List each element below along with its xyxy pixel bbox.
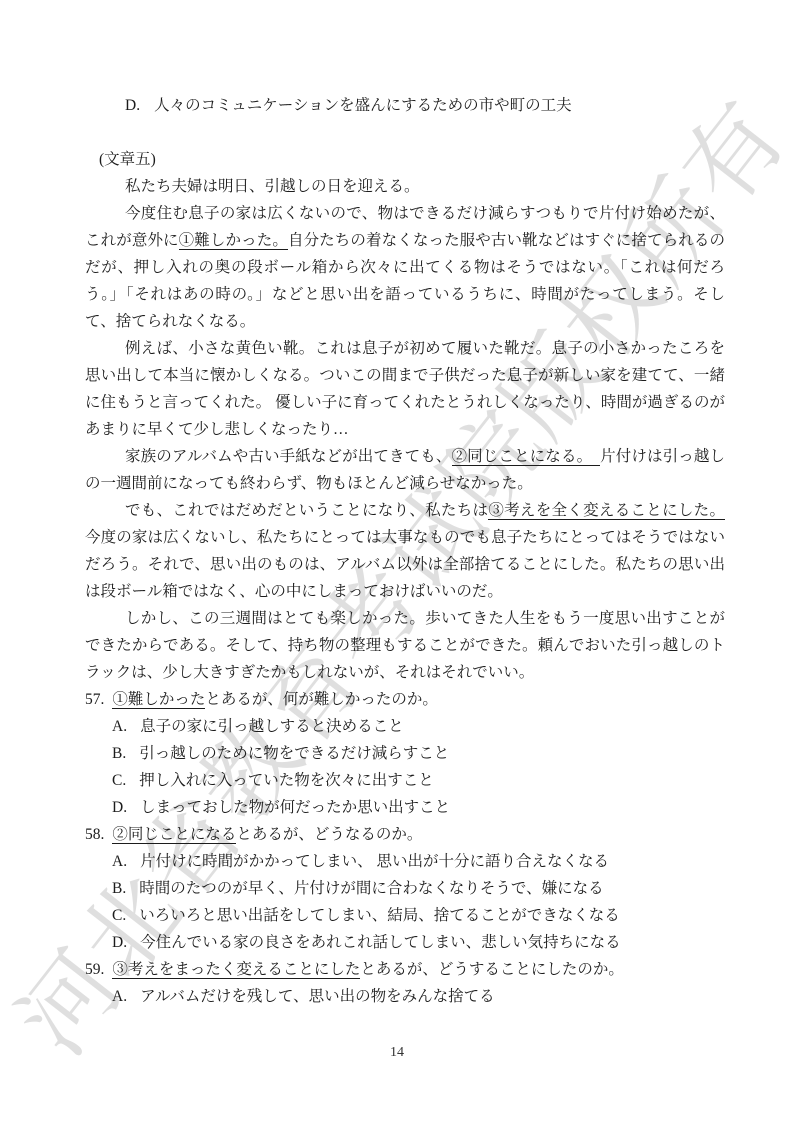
question-block: 58.②同じことになるとあるが、どうなるのか。A.片付けに時間がかかってしまい、… <box>85 821 725 956</box>
underlined-phrase: ①難しかった <box>112 691 205 709</box>
option-label: A. <box>112 718 127 735</box>
passage-title: (文章五) <box>85 146 725 173</box>
questions: 57.①難しかったとあるが、何が難しかったのか。A.息子の家に引っ越しすると決め… <box>85 686 725 1010</box>
passage-text: とあるが、どうすることにしたのか。 <box>360 961 624 978</box>
underlined-phrase: ②同じことになる。 <box>452 448 601 466</box>
underlined-phrase: ③考えを全く変えることにした。 <box>488 502 725 520</box>
passage-paragraph: 私たち夫婦は明日、引越しの日を迎える。 <box>85 173 725 200</box>
question-stem: 58.②同じことになるとあるが、どうなるのか。 <box>85 821 725 848</box>
option-text: 今住んでいる家の良さをあれこれ話してしまい、悲しい気持ちになる <box>140 934 621 951</box>
page-content: D.人々のコミュニケーションを盛んにするための市や町の工夫 (文章五) 私たち夫… <box>85 92 725 1010</box>
passage-text: 例えば、小さな黄色い靴。これは息子が初めて履いた靴だ。息子の小さかったころを思い… <box>85 340 725 438</box>
answer-option: C.いろいろと思い出話をしてしまい、結局、捨てることができなくなる <box>85 902 725 929</box>
answer-option: B.引っ越しのために物をできるだけ減らすこと <box>85 740 725 767</box>
answer-option: B.時間のたつのが早く、片付けが間に合わなくなりそうで、嫌になる <box>85 875 725 902</box>
option-text: アルバムだけを残して、思い出の物をみんな捨てる <box>140 988 495 1005</box>
option-text: 引っ越しのために物をできるだけ減らすこと <box>139 745 449 762</box>
passage-paragraph: 今度住む息子の家は広くないので、物はできるだけ減らすつもりで片付け始めたが、これ… <box>85 200 725 335</box>
passage-text: 今度の家は広くないし、私たちにとっては大事なものでも息子たちにとってはそうではな… <box>85 529 725 600</box>
option-text: 人々のコミュニケーションを盛んにするための市や町の工夫 <box>154 97 572 114</box>
page-number: 14 <box>0 1045 794 1061</box>
answer-option: A.息子の家に引っ越しすると決めること <box>85 713 725 740</box>
option-label: B. <box>112 880 126 897</box>
option-text: 片付けに時間がかかってしまい、 思い出が十分に語り合えなくなる <box>140 853 609 870</box>
answer-option: D.しまっておした物が何だったか思い出すこと <box>85 794 725 821</box>
passage-paragraph: 家族のアルバムや古い手紙などが出てきても、②同じことになる。 片付けは引っ越しの… <box>85 443 725 497</box>
underlined-phrase: ①難しかった。 <box>179 232 288 250</box>
question-number: 57. <box>85 691 104 708</box>
passage-paragraph: 例えば、小さな黄色い靴。これは息子が初めて履いた靴だ。息子の小さかったころを思い… <box>85 335 725 443</box>
option-label: D. <box>112 934 127 951</box>
option-text: 時間のたつのが早く、片付けが間に合わなくなりそうで、嫌になる <box>139 880 603 897</box>
passage-paragraph: でも、これではだめだということになり、私たちは③考えを全く変えることにした。今度… <box>85 497 725 605</box>
option-label: C. <box>112 772 126 789</box>
option-label: B. <box>112 745 126 762</box>
option-text: いろいろと思い出話をしてしまい、結局、捨てることができなくなる <box>139 907 620 924</box>
passage-paragraph: しかし、この三週間はとても楽しかった。歩いてきた人生をもう一度思い出すことができ… <box>85 605 725 686</box>
option-label: A. <box>112 853 127 870</box>
option-text: 息子の家に引っ越しすると決めること <box>140 718 404 735</box>
passage-text: 家族のアルバムや古い手紙などが出てきても、 <box>125 448 452 465</box>
option-text: 押し入れに入っていた物を次々に出すこと <box>139 772 434 789</box>
question-stem: 57.①難しかったとあるが、何が難しかったのか。 <box>85 686 725 713</box>
question-stem: 59.③考えをまったく変えることにしたとあるが、どうすることにしたのか。 <box>85 956 725 983</box>
answer-option: D.今住んでいる家の良さをあれこれ話してしまい、悲しい気持ちになる <box>85 929 725 956</box>
passage-text: しかし、この三週間はとても楽しかった。歩いてきた人生をもう一度思い出すことができ… <box>85 610 725 681</box>
option-label: C. <box>112 907 126 924</box>
passage-body: 私たち夫婦は明日、引越しの日を迎える。今度住む息子の家は広くないので、物はできる… <box>85 173 725 686</box>
option-label: D. <box>112 799 127 816</box>
answer-option: A.アルバムだけを残して、思い出の物をみんな捨てる <box>85 983 725 1010</box>
document-page: 河北省教育考试院版权所有 D.人々のコミュニケーションを盛んにするための市や町の… <box>0 0 794 1123</box>
question-number: 58. <box>85 826 104 843</box>
carryover-option-d: D.人々のコミュニケーションを盛んにするための市や町の工夫 <box>85 92 725 119</box>
question-block: 59.③考えをまったく変えることにしたとあるが、どうすることにしたのか。A.アル… <box>85 956 725 1010</box>
option-label: D. <box>125 97 140 114</box>
answer-option: A.片付けに時間がかかってしまい、 思い出が十分に語り合えなくなる <box>85 848 725 875</box>
question-number: 59. <box>85 961 104 978</box>
question-block: 57.①難しかったとあるが、何が難しかったのか。A.息子の家に引っ越しすると決め… <box>85 686 725 821</box>
underlined-phrase: ②同じことになる <box>112 826 236 844</box>
passage-text: とあるが、何が難しかったのか。 <box>205 691 438 708</box>
passage-text: でも、これではだめだということになり、私たちは <box>125 502 488 519</box>
passage-text: 私たち夫婦は明日、引越しの日を迎える。 <box>125 178 420 195</box>
answer-option: C.押し入れに入っていた物を次々に出すこと <box>85 767 725 794</box>
passage-text: とあるが、どうなるのか。 <box>236 826 422 843</box>
option-text: しまっておした物が何だったか思い出すこと <box>140 799 450 816</box>
underlined-phrase: ③考えをまったく変えることにした <box>112 961 360 979</box>
option-label: A. <box>112 988 127 1005</box>
